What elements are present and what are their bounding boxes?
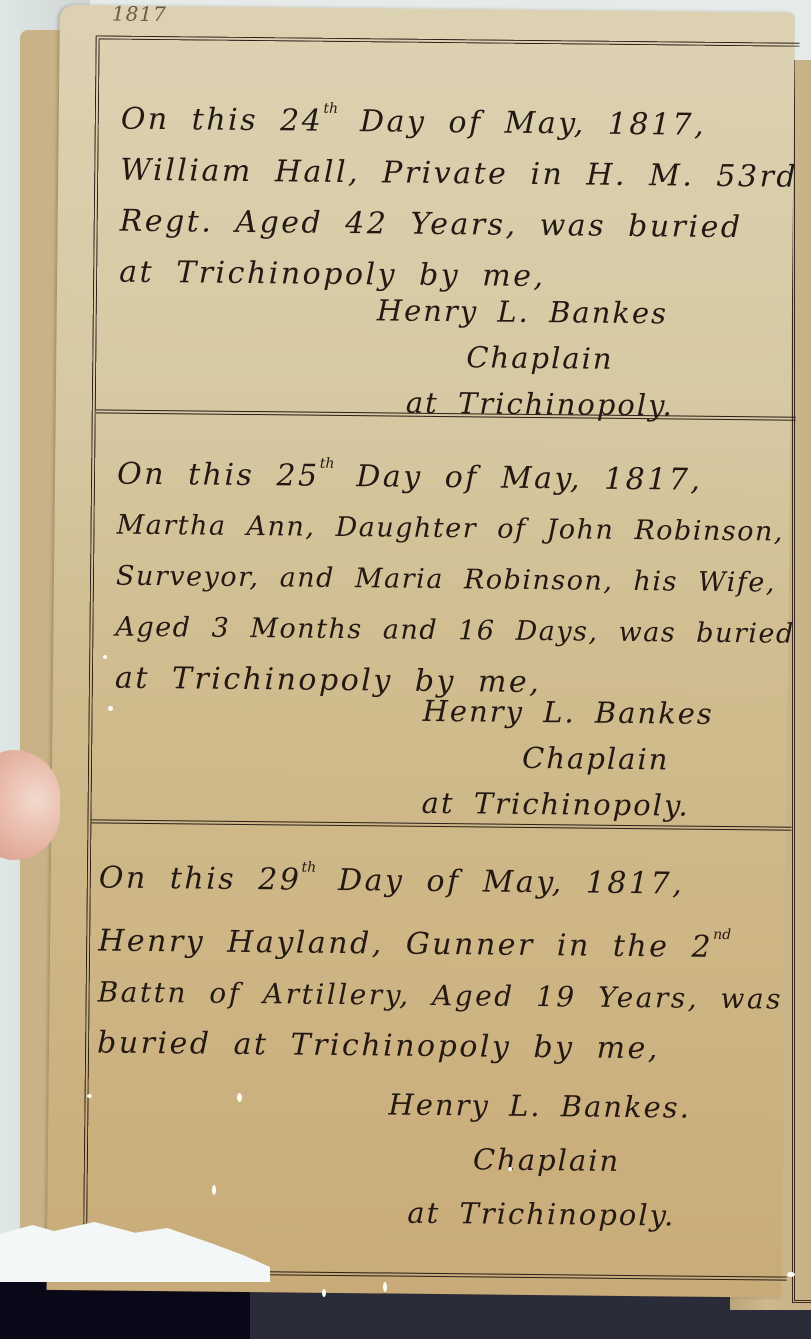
paper-speck (103, 655, 107, 659)
paper-speck (322, 1289, 326, 1297)
entry-line: Henry Hayland, Gunner in the 2nd (98, 903, 771, 973)
paper-speck (787, 1272, 795, 1277)
paper-speck (237, 1093, 242, 1102)
signature-name: Henry L. Bankes (422, 688, 714, 737)
register-page: 1817 On this 24th Day of May, 1817, Will… (47, 5, 795, 1298)
burial-entry-3: On this 29th Day of May, 1817, Henry Hay… (87, 824, 792, 1280)
page-header-year: 1817 (112, 2, 167, 27)
signature-name: Henry L. Bankes (377, 287, 675, 336)
entry-text: On this 25th Day of May, 1817, Martha An… (115, 437, 776, 711)
signature-title: Chaplain (422, 734, 714, 783)
burial-entry-1: On this 24th Day of May, 1817, William H… (96, 39, 800, 420)
entry-line: Aged 3 Months and 16 Days, was buried (115, 602, 773, 660)
paper-speck (212, 1185, 216, 1195)
entry-line: On this 29th Day of May, 1817, (99, 840, 772, 910)
paper-speck (508, 1167, 512, 1171)
paper-speck (108, 706, 113, 711)
register-frame: On this 24th Day of May, 1817, William H… (83, 35, 800, 1286)
entry-line: On this 24th Day of May, 1817, (121, 82, 780, 152)
signature-title: Chaplain (376, 333, 674, 382)
signature-title: Chaplain (388, 1131, 691, 1188)
entry-line: On this 25th Day of May, 1817, (117, 437, 776, 507)
entry-text: On this 29th Day of May, 1817, Henry Hay… (97, 840, 771, 1075)
signature-name: Henry L. Bankes. (388, 1078, 691, 1135)
entry-line: Surveyor, and Maria Robinson, his Wife, (116, 551, 774, 609)
entry-line: William Hall, Private in H. M. 53rd (120, 145, 778, 203)
entry-line: Battn of Artillery, Aged 19 Years, was (97, 966, 769, 1024)
signature-block: Henry L. Bankes. Chaplain at Trichinopol… (387, 1078, 691, 1243)
paper-speck (383, 1282, 387, 1292)
entry-line: buried at Trichinopoly by me, (97, 1017, 769, 1075)
entry-line: Martha Ann, Daughter of John Robinson, (116, 500, 774, 558)
signature-block: Henry L. Bankes Chaplain at Trichinopoly… (421, 688, 714, 829)
entry-text: On this 24th Day of May, 1817, William H… (119, 82, 779, 305)
signature-place: at Trichinopoly. (387, 1185, 690, 1242)
signature-block: Henry L. Bankes Chaplain at Trichinopoly… (376, 287, 675, 428)
signature-place: at Trichinopoly. (421, 780, 713, 829)
burial-entry-2: On this 25th Day of May, 1817, Martha An… (91, 414, 795, 830)
entry-line: Regt. Aged 42 Years, was buried (119, 196, 777, 254)
paper-speck (87, 1094, 92, 1098)
